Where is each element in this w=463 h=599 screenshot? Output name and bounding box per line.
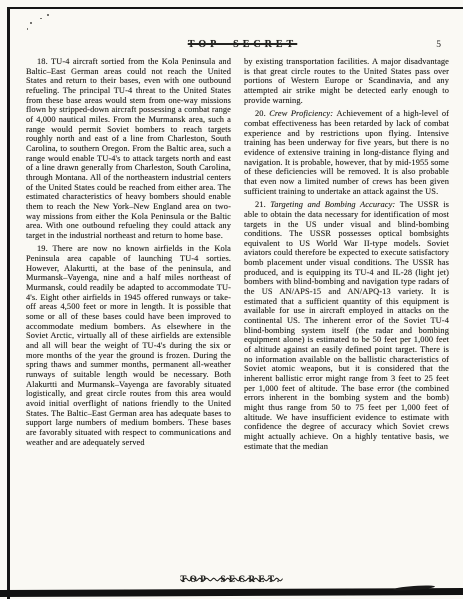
paragraph-19: 19. There are now no known airfields in …: [26, 244, 231, 447]
paragraph-number: 18.: [37, 57, 51, 66]
scan-speck: [30, 22, 32, 24]
right-column: by existing transportation facilities. A…: [244, 57, 449, 561]
left-column: 18. TU-4 aircraft sortied from the Kola …: [26, 57, 231, 561]
document-page: TOP SECRET 5 18. TU-4 aircraft sortied f…: [0, 0, 463, 599]
paragraph-number: 21.: [255, 200, 270, 209]
paragraph-text: Achievement of a high-level of combat ef…: [244, 109, 449, 195]
paragraph-text: by existing transportation facilities. A…: [244, 57, 449, 105]
footer: TOP SECRET.: [0, 569, 463, 587]
paragraph-number: 19.: [37, 244, 53, 253]
body-text: 18. TU-4 aircraft sortied from the Kola …: [26, 57, 449, 561]
top-border-line: [8, 7, 463, 9]
paragraph-19-continued: by existing transportation facilities. A…: [244, 57, 449, 105]
paragraph-20: 20. Crew Proficiency: Achievement of a h…: [244, 109, 449, 196]
paragraph-text: TU-4 aircraft sortied from the Kola Peni…: [26, 57, 231, 240]
paragraph-21: 21. Targeting and Bombing Accuracy: The …: [244, 200, 449, 451]
paragraph-text: The USSR is able to obtain the data nece…: [244, 200, 449, 450]
paragraph-heading: Crew Proficiency:: [269, 109, 336, 118]
header: TOP SECRET: [0, 34, 463, 52]
left-border-bar: [7, 7, 10, 599]
paragraph-number: 20.: [255, 109, 269, 118]
classification-stamp-top: TOP SECRET: [188, 39, 297, 50]
scan-speck: [47, 14, 49, 16]
paragraph-heading: Targeting and Bombing Accuracy:: [270, 200, 400, 209]
scan-speck: [27, 28, 28, 30]
scan-speck: [40, 18, 42, 19]
paragraph-18: 18. TU-4 aircraft sortied from the Kola …: [26, 57, 231, 240]
paragraph-text: There are now no known airfields in the …: [26, 244, 231, 446]
classification-stamp-bottom: TOP SECRET.: [180, 574, 282, 584]
page-number: 5: [436, 40, 441, 50]
